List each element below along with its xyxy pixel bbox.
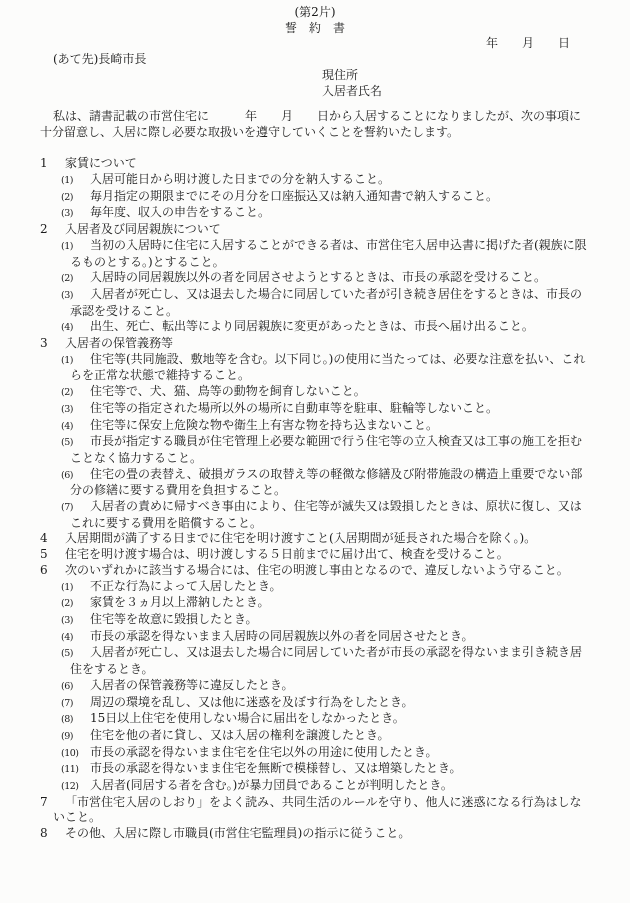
item-text: 家賃について	[65, 156, 137, 170]
sub-item-number: (4)	[61, 320, 90, 336]
sub-item-number: (6)	[61, 468, 90, 484]
intro-paragraph: 私は、請書記載の市営住宅に 年 月 日から入居することになりましたが、次の事項に…	[40, 109, 590, 140]
pledge-sub-item: (1)不正な行為によって入居したとき。	[61, 579, 590, 596]
sub-item-text: 入居可能日から明け渡した日までの分を納入すること。	[90, 172, 390, 186]
pledge-sub-item: (9)住宅を他の者に貸し、又は入居の権利を譲渡したとき。	[61, 728, 590, 745]
pledge-sub-item: (10)市長の承認を得ないまま住宅を住宅以外の用途に使用したとき。	[61, 745, 590, 762]
sub-item-number: (10)	[61, 746, 90, 762]
item-number: 6	[40, 563, 65, 579]
sub-item-text: 毎月指定の期限までにその月分を口座振込又は納入通知書で納入すること。	[90, 189, 498, 203]
sub-item-text: 入居者が死亡し、又は退去した場合に同居していた者が市長の承認を得ないまま引き続き…	[70, 645, 582, 676]
pledge-sub-item: (3)毎年度、収入の申告をすること。	[61, 205, 590, 222]
pledge-sub-item: (11)市長の承認を得ないまま住宅を無断で模様替し、又は増築したとき。	[61, 761, 590, 778]
sub-item-text: 住宅等を故意に毀損したとき。	[90, 612, 258, 626]
pledge-sub-item: (1)住宅等(共同施設、敷地等を含む。以下同じ。)の使用に当たっては、必要な注意…	[61, 352, 590, 384]
sub-item-number: (11)	[61, 762, 90, 778]
sub-item-text: 住宅等(共同施設、敷地等を含む。以下同じ。)の使用に当たっては、必要な注意を払い…	[70, 352, 585, 383]
pledge-document-page: (第2片) 誓 約 書 年 月 日 (あて先)長崎市長 現住所 入居者氏名 私は…	[0, 0, 630, 903]
sub-item-number: (2)	[61, 596, 90, 612]
pledge-item: 3入居者の保管義務等(1)住宅等(共同施設、敷地等を含む。以下同じ。)の使用に当…	[40, 336, 590, 531]
sub-item-text: 入居者の保管義務等に違反したとき。	[90, 678, 294, 692]
pledge-sub-item: (1)当初の入居時に住宅に入居することができる者は、市営住宅入居申込書に掲げた者…	[61, 238, 590, 270]
sub-item-text: 当初の入居時に住宅に入居することができる者は、市営住宅入居申込書に掲げた者(親族…	[70, 238, 587, 269]
pledge-sub-item: (3)住宅等を故意に毀損したとき。	[61, 612, 590, 629]
sub-item-number: (3)	[61, 206, 90, 222]
sub-item-number: (2)	[61, 385, 90, 401]
sub-item-text: 入居者(同居する者を含む。)が暴力団員であることが判明したとき。	[90, 778, 453, 792]
pledge-sub-item: (2)毎月指定の期限までにその月分を口座振込又は納入通知書で納入すること。	[61, 189, 590, 206]
item-number: 5	[40, 547, 65, 563]
slip-number-label: (第2片)	[40, 5, 590, 21]
sub-item-text: 周辺の環境を乱し、又は他に迷惑を及ぼす行為をしたとき。	[90, 695, 414, 709]
pledge-item: 6次のいずれかに該当する場合には、住宅の明渡し事由となるので、違反しないよう守る…	[40, 563, 590, 795]
sub-item-number: (5)	[61, 646, 90, 662]
item-number: 8	[40, 826, 65, 842]
sub-item-number: (2)	[61, 271, 90, 287]
sub-item-number: (5)	[61, 435, 90, 451]
sub-item-text: 不正な行為によって入居したとき。	[90, 579, 282, 593]
sub-item-text: 15日以上住宅を使用しない場合に届出をしなかったとき。	[90, 711, 405, 725]
sub-item-text: 市長の承認を得ないまま住宅を住宅以外の用途に使用したとき。	[90, 745, 438, 759]
sub-item-number: (3)	[61, 613, 90, 629]
pledge-sub-item: (3)住宅等の指定された場所以外の場所に自動車等を駐車、駐輪等しないこと。	[61, 401, 590, 418]
resident-name-label: 入居者氏名	[322, 84, 590, 100]
sub-item-number: (3)	[61, 288, 90, 304]
item-number: 4	[40, 531, 65, 547]
sub-item-text: 住宅等の指定された場所以外の場所に自動車等を駐車、駐輪等しないこと。	[90, 401, 498, 415]
sub-item-text: 住宅等で、犬、猫、鳥等の動物を飼育しないこと。	[90, 384, 366, 398]
addressee-line: (あて先)長崎市長	[53, 52, 590, 68]
pledge-sub-item: (2)入居時の同居親族以外の者を同居させようとするときは、市長の承認を受けること…	[61, 270, 590, 287]
pledge-sub-item: (7)入居者の責めに帰すべき事由により、住宅等が滅失又は毀損したときは、原状に復…	[61, 499, 590, 531]
sub-item-text: 家賃を３ヵ月以上滞納したとき。	[90, 595, 270, 609]
sub-item-text: 住宅の畳の表替え、破損ガラスの取替え等の軽微な修繕及び附帯施設の構造上重要でない…	[70, 467, 582, 498]
pledge-item: 2入居者及び同居親族について(1)当初の入居時に住宅に入居することができる者は、…	[40, 222, 590, 336]
pledge-item: 1家賃について(1)入居可能日から明け渡した日までの分を納入すること。(2)毎月…	[40, 156, 590, 222]
pledge-sub-item: (4)市長の承認を得ないまま入居時の同居親族以外の者を同居させたとき。	[61, 629, 590, 646]
sub-item-text: 市長が指定する職員が住宅管理上必要な範囲で行う住宅等の立入検査又は工事の施工を拒…	[70, 434, 582, 465]
sub-item-text: 市長の承認を得ないまま入居時の同居親族以外の者を同居させたとき。	[90, 629, 474, 643]
pledge-sub-item: (3)入居者が死亡し、又は退去した場合に同居していた者が引き続き居住をするときは…	[61, 287, 590, 319]
pledge-item: 8その他、入居に際し市職員(市営住宅監理員)の指示に従うこと。	[40, 826, 590, 842]
item-text: 入居期間が満了する日までに住宅を明け渡すこと(入居期間が延長された場合を除く。)…	[65, 531, 536, 545]
pledge-item: 7「市営住宅入居のしおり」をよく読み、共同生活のルールを守り、他人に迷惑になる行…	[40, 795, 590, 826]
sub-item-number: (4)	[61, 419, 90, 435]
item-text: 入居者の保管義務等	[65, 336, 173, 350]
item-number: 2	[40, 222, 65, 238]
sub-item-number: (3)	[61, 402, 90, 418]
pledge-sub-item: (5)市長が指定する職員が住宅管理上必要な範囲で行う住宅等の立入検査又は工事の施…	[61, 434, 590, 466]
sub-item-text: 出生、死亡、転出等により同居親族に変更があったときは、市長へ届け出ること。	[90, 319, 534, 333]
sub-item-number: (7)	[61, 696, 90, 712]
pledge-sub-item: (2)住宅等で、犬、猫、鳥等の動物を飼育しないこと。	[61, 384, 590, 401]
item-text: 次のいずれかに該当する場合には、住宅の明渡し事由となるので、違反しないよう守るこ…	[65, 563, 569, 577]
pledge-sub-item: (2)家賃を３ヵ月以上滞納したとき。	[61, 595, 590, 612]
pledge-sub-item: (12)入居者(同居する者を含む。)が暴力団員であることが判明したとき。	[61, 778, 590, 795]
sub-item-number: (1)	[61, 239, 90, 255]
item-text: その他、入居に際し市職員(市営住宅監理員)の指示に従うこと。	[65, 826, 410, 840]
sub-item-text: 市長の承認を得ないまま住宅を無断で模様替し、又は増築したとき。	[90, 761, 462, 775]
pledge-sub-item: (7)周辺の環境を乱し、又は他に迷惑を及ぼす行為をしたとき。	[61, 695, 590, 712]
sub-item-text: 入居者の責めに帰すべき事由により、住宅等が滅失又は毀損したときは、原状に復し、又…	[70, 499, 582, 530]
sub-item-number: (1)	[61, 580, 90, 596]
item-text: 「市営住宅入居のしおり」をよく読み、共同生活のルールを守り、他人に迷惑になる行為…	[53, 795, 581, 825]
item-number: 7	[40, 795, 65, 811]
pledge-items-list: 1家賃について(1)入居可能日から明け渡した日までの分を納入すること。(2)毎月…	[40, 156, 590, 842]
sub-item-number: (6)	[61, 679, 90, 695]
pledge-sub-item: (6)住宅の畳の表替え、破損ガラスの取替え等の軽微な修繕及び附帯施設の構造上重要…	[61, 467, 590, 499]
item-number: 1	[40, 156, 65, 172]
date-blank-line: 年 月 日	[40, 36, 590, 52]
pledge-sub-item: (8)15日以上住宅を使用しない場合に届出をしなかったとき。	[61, 711, 590, 728]
sub-item-number: (7)	[61, 500, 90, 516]
sub-item-number: (9)	[61, 729, 90, 745]
sub-item-text: 住宅を他の者に貸し、又は入居の権利を譲渡したとき。	[90, 728, 390, 742]
pledge-item: 4入居期間が満了する日までに住宅を明け渡すこと(入居期間が延長された場合を除く。…	[40, 531, 590, 547]
sub-item-text: 住宅等に保安上危険な物や衛生上有害な物を持ち込まないこと。	[90, 418, 438, 432]
sub-item-text: 毎年度、収入の申告をすること。	[90, 205, 270, 219]
current-address-label: 現住所	[322, 68, 590, 84]
document-title: 誓 約 書	[40, 21, 590, 37]
pledge-sub-item: (1)入居可能日から明け渡した日までの分を納入すること。	[61, 172, 590, 189]
sub-item-text: 入居時の同居親族以外の者を同居させようとするときは、市長の承認を受けること。	[90, 270, 546, 284]
sub-item-number: (1)	[61, 173, 90, 189]
sub-item-number: (8)	[61, 712, 90, 728]
pledge-item: 5住宅を明け渡す場合は、明け渡しする５日前までに届け出て、検査を受けること。	[40, 547, 590, 563]
pledge-sub-item: (4)出生、死亡、転出等により同居親族に変更があったときは、市長へ届け出ること。	[61, 319, 590, 336]
item-text: 入居者及び同居親族について	[65, 222, 221, 236]
sub-item-number: (2)	[61, 190, 90, 206]
item-number: 3	[40, 336, 65, 352]
sub-item-number: (12)	[61, 779, 90, 795]
sub-item-text: 入居者が死亡し、又は退去した場合に同居していた者が引き続き居住をするときは、市長…	[70, 287, 582, 318]
pledge-sub-item: (5)入居者が死亡し、又は退去した場合に同居していた者が市長の承認を得ないまま引…	[61, 645, 590, 677]
sub-item-number: (1)	[61, 353, 90, 369]
pledge-sub-item: (4)住宅等に保安上危険な物や衛生上有害な物を持ち込まないこと。	[61, 418, 590, 435]
sub-item-number: (4)	[61, 630, 90, 646]
pledge-sub-item: (6)入居者の保管義務等に違反したとき。	[61, 678, 590, 695]
item-text: 住宅を明け渡す場合は、明け渡しする５日前までに届け出て、検査を受けること。	[65, 547, 509, 561]
